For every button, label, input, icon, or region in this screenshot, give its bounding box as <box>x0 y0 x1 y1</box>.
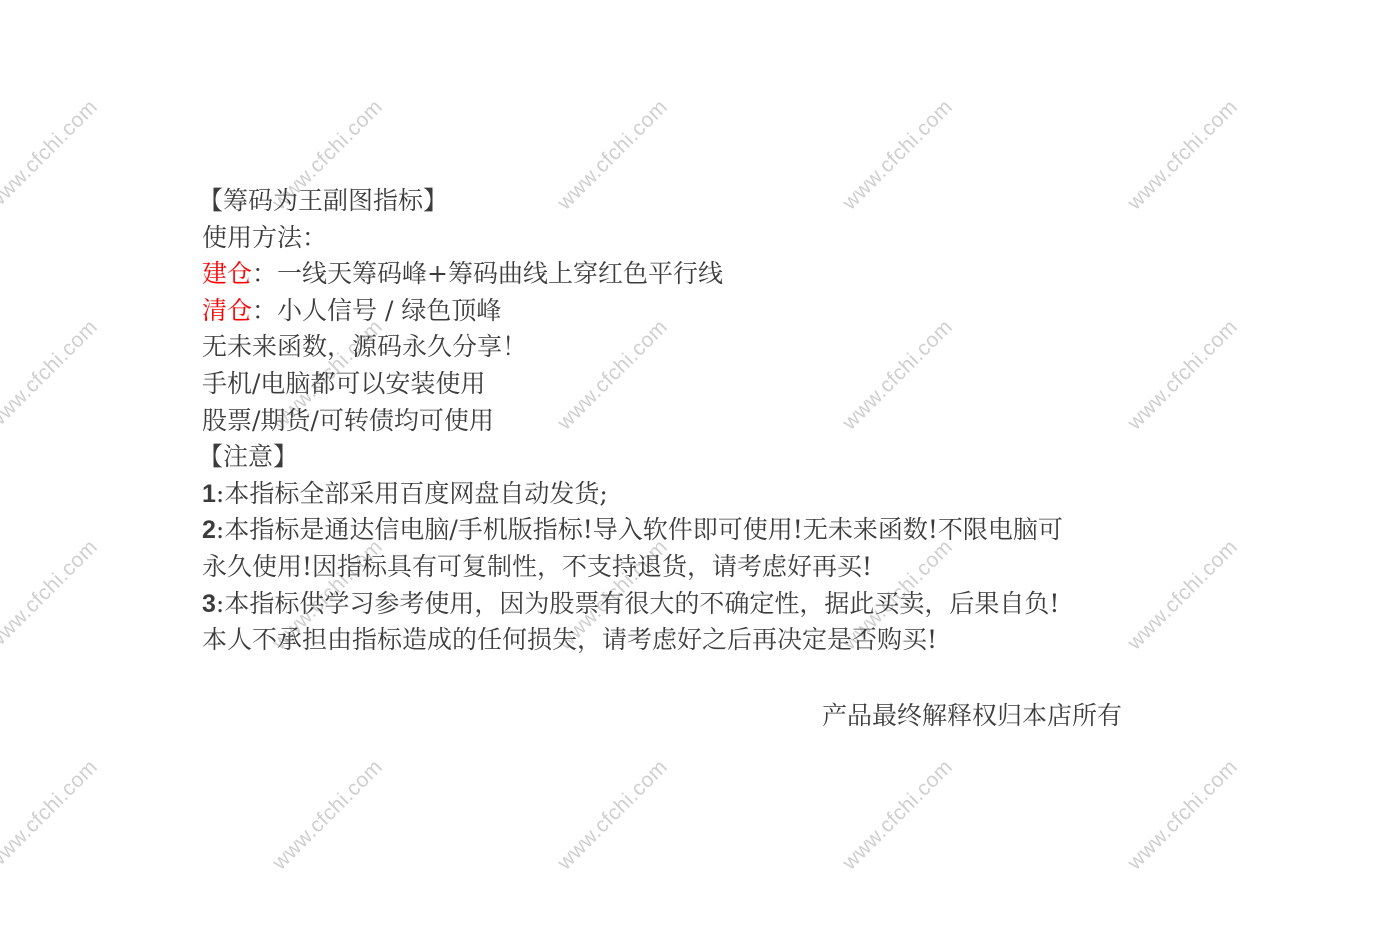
buy-text: 一线天筹码峰+筹码曲线上穿红色平行线 <box>277 259 723 288</box>
notice-line: 3:本指标供学习参考使用，因为股票有很大的不确定性，据此买卖，后果自负! <box>202 586 1202 623</box>
buy-label: 建仓 <box>202 259 252 288</box>
notice-text: 永久使用!因指标具有可复制性，不支持退货，请考虑好再买! <box>202 552 872 581</box>
notice-number: 1 <box>202 480 216 508</box>
sell-rule: 清仓：小人信号 / 绿色顶峰 <box>202 293 1202 330</box>
feature-line: 股票/期货/可转债均可使用 <box>202 403 1202 440</box>
rights-statement: 产品最终解释权归本店所有 <box>822 699 1122 733</box>
notice-line: 永久使用!因指标具有可复制性，不支持退货，请考虑好再买! <box>202 549 1202 586</box>
feature-line: 无未来函数，源码永久分享！ <box>202 329 1202 366</box>
notice-line: 本人不承担由指标造成的任何损失，请考虑好之后再决定是否购买! <box>202 622 1202 659</box>
document-title: 【筹码为王副图指标】 <box>198 183 1202 220</box>
notice-text: :本指标供学习参考使用，因为股票有很大的不确定性，据此买卖，后果自负! <box>216 589 1059 618</box>
watermark-text: www.cfchi.com <box>0 315 103 435</box>
notice-line: 2:本指标是通达信电脑/手机版指标!导入软件即可使用!无未来函数!不限电脑可 <box>202 512 1202 549</box>
notice-text: 本人不承担由指标造成的任何损失，请考虑好之后再决定是否购买! <box>202 625 937 654</box>
notice-heading: 【注意】 <box>198 439 1202 476</box>
buy-rule: 建仓：一线天筹码峰+筹码曲线上穿红色平行线 <box>202 256 1202 293</box>
watermark-text: www.cfchi.com <box>1123 755 1243 875</box>
watermark-text: www.cfchi.com <box>553 755 673 875</box>
notice-number: 3 <box>202 590 216 618</box>
notice-text: :本指标是通达信电脑/手机版指标!导入软件即可使用!无未来函数!不限电脑可 <box>216 515 1063 544</box>
sell-text: 小人信号 / 绿色顶峰 <box>277 296 501 325</box>
usage-heading: 使用方法： <box>202 220 1202 257</box>
watermark-text: www.cfchi.com <box>0 755 103 875</box>
watermark-text: www.cfchi.com <box>0 95 103 215</box>
notice-text: :本指标全部采用百度网盘自动发货; <box>216 479 608 508</box>
watermark-text: www.cfchi.com <box>268 755 388 875</box>
sell-separator: ： <box>252 296 277 325</box>
watermark-text: www.cfchi.com <box>838 755 958 875</box>
watermark-text: www.cfchi.com <box>0 535 103 655</box>
buy-separator: ： <box>252 259 277 288</box>
feature-line: 手机/电脑都可以安装使用 <box>202 366 1202 403</box>
notice-line: 1:本指标全部采用百度网盘自动发货; <box>202 476 1202 513</box>
document-body: 【筹码为王副图指标】 使用方法： 建仓：一线天筹码峰+筹码曲线上穿红色平行线 清… <box>202 183 1202 659</box>
notice-number: 2 <box>202 516 216 544</box>
sell-label: 清仓 <box>202 296 252 325</box>
